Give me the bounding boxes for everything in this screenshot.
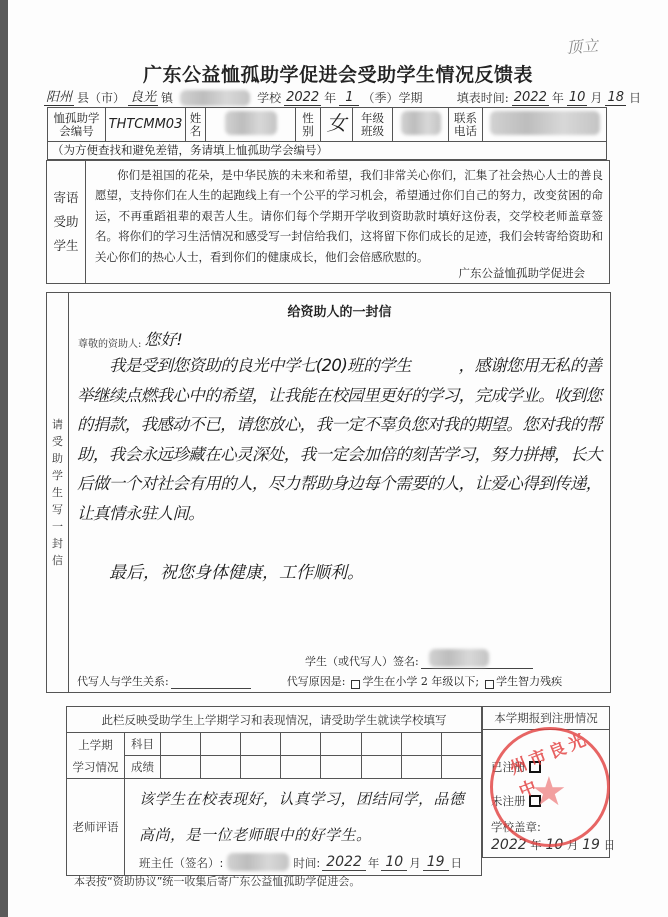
fill-month-label: 月 <box>590 89 602 106</box>
gender-value: 女 <box>327 111 347 135</box>
greeting-label: 尊敬的资助人: <box>78 335 141 350</box>
county-label: 县（市） <box>77 89 125 106</box>
name-value-cell[interactable] <box>206 108 296 142</box>
teacher-name-redacted <box>227 853 289 871</box>
school-evaluation-table: 此栏反映受助学生上学期学习和表现情况，请受助学生就读学校填写 上学期 学习情况 … <box>66 706 482 876</box>
header-line: 阳州 县（市） 良光 镇 学校 2022 年 1 （季）学期 填表时间: 202… <box>44 86 644 106</box>
message-side-label-2: 受助 <box>53 210 78 234</box>
town-label: 镇 <box>161 89 173 106</box>
town-value: 良光 <box>128 86 158 106</box>
letter-side-char: 助 <box>52 450 63 467</box>
name-redacted <box>225 111 277 135</box>
phone-label-line1: 联系 <box>451 112 480 125</box>
subject-cell[interactable] <box>361 733 401 756</box>
unregistered-checkbox[interactable] <box>529 795 541 807</box>
letter-side-char: 生 <box>52 484 63 501</box>
reg-day: 19 <box>582 837 600 853</box>
letter-side-char: 一 <box>52 518 63 535</box>
score-cell[interactable] <box>201 756 241 779</box>
feedback-form-page: 顶立 广东公益恤孤助学促进会受助学生情况反馈表 阳州 县（市） 良光 镇 学校 … <box>8 0 668 917</box>
name-label-line1: 姓 <box>188 112 203 125</box>
registration-title: 本学期报到注册情况 <box>483 707 609 730</box>
letter-side-char: 学 <box>52 467 63 484</box>
proxy-reason-checkbox-2[interactable] <box>485 680 494 689</box>
proxy-reason-option-1: 学生在小学 2 年级以下; <box>362 673 479 689</box>
gender-label-line2: 别 <box>298 125 318 138</box>
message-signature: 广东公益恤孤助学促进会 <box>459 265 586 281</box>
phone-label-line2: 电话 <box>451 125 480 138</box>
registration-status-box: 本学期报到注册情况 已注册 未注册 学校盖章: 2022 年 10 月 19 日 <box>482 706 610 858</box>
proxy-reason-checkbox-1[interactable] <box>351 680 360 689</box>
id-label-line2: 会编号 <box>50 125 103 138</box>
gender-value-cell[interactable]: 女 <box>321 108 353 142</box>
county-value: 阳州 <box>44 86 74 106</box>
message-body: 你们是祖国的花朵，是中华民族的未来和希望，我们非常关心你们，汇集了社会热心人士的… <box>95 165 603 267</box>
study-label-line2: 学习情况 <box>67 756 124 778</box>
registered-label: 已注册 <box>491 759 526 775</box>
grade-value-cell[interactable] <box>393 108 449 142</box>
fill-year: 2022 <box>512 90 549 106</box>
reg-month: 10 <box>545 837 563 853</box>
study-label-line1: 上学期 <box>67 734 124 756</box>
letter-body-text: 我是受到您资助的良光中学七(20)班的学生 ，感谢您用无私的善举继续点燃我心中的… <box>77 356 602 523</box>
letter-greeting: 尊敬的资助人: 您好! <box>78 327 183 350</box>
school-stamp-label: 学校盖章: <box>491 819 541 835</box>
id-value: THTCMM03 <box>109 117 183 132</box>
score-cell[interactable] <box>161 756 201 779</box>
registered-row: 已注册 <box>491 759 541 775</box>
corner-handwritten-mark: 顶立 <box>565 33 599 58</box>
message-side-label: 寄语 受助 学生 <box>47 161 86 283</box>
time-label: 时间: <box>293 855 320 871</box>
letter-title: 给资助人的一封信 <box>69 301 610 320</box>
score-cell[interactable] <box>281 756 321 779</box>
subject-cell[interactable] <box>321 733 361 756</box>
proxy-reason-option-2: 学生智力残疾 <box>496 673 562 689</box>
student-signature-line: 学生（或代写人）签名: <box>305 653 533 669</box>
subject-cell[interactable] <box>441 733 481 756</box>
greeting-handwritten: 您好! <box>144 327 182 350</box>
grade-label-cell: 年级 班级 <box>353 108 393 142</box>
phone-label-cell: 联系 电话 <box>449 108 483 142</box>
letter-side-char: 信 <box>52 552 63 569</box>
subject-cell[interactable] <box>201 733 241 756</box>
teacher-comment-cell[interactable]: 该学生在校表现好，认真学习，团结同学，品德高尚，是一位老师眼中的好学生。 班主任… <box>125 779 482 876</box>
subject-cell[interactable] <box>401 733 441 756</box>
term-label: （季）学期 <box>362 89 422 106</box>
score-label: 成绩 <box>125 756 161 779</box>
school-section-header: 此栏反映受助学生上学期学习和表现情况，请受助学生就读学校填写 <box>67 707 482 733</box>
message-to-students-section: 寄语 受助 学生 你们是祖国的花朵，是中华民族的未来和希望，我们非常关心你们，汇… <box>46 160 610 284</box>
grade-label-line2: 班级 <box>355 125 390 138</box>
school-name-redacted <box>180 90 250 106</box>
score-cell[interactable] <box>401 756 441 779</box>
message-side-label-3: 学生 <box>53 234 78 258</box>
message-text: 你们是祖国的花朵，是中华民族的未来和希望，我们非常关心你们，汇集了社会热心人士的… <box>95 168 603 264</box>
comment-year-label: 年 <box>368 855 380 871</box>
unregistered-row: 未注册 <box>491 793 541 809</box>
letter-side-char: 受 <box>52 433 63 450</box>
student-info-table: 恤孤助学 会编号 THTCMM03 姓 名 性 别 女 年级 班级 <box>47 107 607 160</box>
phone-value-cell[interactable] <box>483 108 607 142</box>
subject-cell[interactable] <box>161 733 201 756</box>
signature-redacted <box>429 649 489 667</box>
scan-edge <box>0 0 8 917</box>
fill-date-label: 填表时间: <box>457 89 509 106</box>
grade-redacted <box>401 111 441 135</box>
study-label-cell: 上学期 学习情况 <box>67 733 125 779</box>
form-title: 广东公益恤孤助学促进会受助学生情况反馈表 <box>8 60 668 87</box>
letter-side-label: 请 受 助 学 生 写 一 封 信 <box>47 293 69 692</box>
comment-month: 10 <box>381 854 407 871</box>
subject-cell[interactable] <box>281 733 321 756</box>
score-cell[interactable] <box>321 756 361 779</box>
score-cell[interactable] <box>361 756 401 779</box>
name-label-line2: 名 <box>188 125 203 138</box>
subject-label: 科目 <box>125 733 161 756</box>
id-label-cell: 恤孤助学 会编号 <box>48 108 106 142</box>
comment-year: 2022 <box>322 854 366 871</box>
unregistered-label: 未注册 <box>491 793 526 809</box>
reg-year-label: 年 <box>530 838 542 852</box>
score-cell[interactable] <box>441 756 481 779</box>
id-value-cell[interactable]: THTCMM03 <box>106 108 186 142</box>
letter-side-char: 写 <box>52 501 63 518</box>
reg-month-label: 月 <box>567 838 579 852</box>
fill-day: 18 <box>605 90 626 106</box>
score-cell[interactable] <box>241 756 281 779</box>
footer-note: 本表按“资助协议”统一收集后寄广东公益恤孤助学促进会。 <box>74 873 360 889</box>
proxy-relation-field[interactable] <box>171 677 251 689</box>
letter-side-char: 封 <box>52 535 63 552</box>
letter-side-char: 请 <box>52 416 63 433</box>
phone-redacted <box>490 111 600 135</box>
comment-label: 老师评语 <box>67 779 125 876</box>
letter-section: 请 受 助 学 生 写 一 封 信 给资助人的一封信 尊敬的资助人: 您好! 我… <box>46 292 611 693</box>
proxy-relation-label: 代写人与学生关系: <box>77 673 169 689</box>
fill-day-label: 日 <box>629 89 641 106</box>
subject-cell[interactable] <box>241 733 281 756</box>
letter-closing: 最后，祝您身体健康，工作顺利。 <box>109 558 364 583</box>
fill-year-label: 年 <box>552 89 564 106</box>
grade-label-line1: 年级 <box>355 112 390 125</box>
fill-month: 10 <box>567 90 588 106</box>
teacher-signature-line: 班主任（签名）: 时间: 2022 年 10 月 19 日 <box>125 853 481 875</box>
student-signature-label: 学生（或代写人）签名: <box>305 653 419 669</box>
comment-month-label: 月 <box>409 855 421 871</box>
proxy-writer-line: 代写人与学生关系: 代写原因是: 学生在小学 2 年级以下; 学生智力残疾 <box>77 673 609 689</box>
term-value: 1 <box>339 90 359 106</box>
year-value: 2022 <box>284 90 321 106</box>
comment-day: 19 <box>423 854 449 871</box>
id-label-line1: 恤孤助学 <box>50 112 103 125</box>
gender-label-line1: 性 <box>298 112 318 125</box>
school-label: 学校 <box>257 89 281 106</box>
registration-date: 2022 年 10 月 19 日 <box>491 837 615 853</box>
registered-checkbox[interactable] <box>529 761 541 773</box>
message-side-label-1: 寄语 <box>53 186 78 210</box>
reg-year: 2022 <box>491 837 527 853</box>
id-note: （为方便查找和避免差错，务请填上恤孤助学会编号） <box>48 142 607 160</box>
letter-body[interactable]: 我是受到您资助的良光中学七(20)班的学生 ，感谢您用无私的善举继续点燃我心中的… <box>77 351 607 528</box>
teacher-sign-label: 班主任（签名）: <box>139 855 223 871</box>
year-label: 年 <box>324 89 336 106</box>
name-label-cell: 姓 名 <box>186 108 206 142</box>
comment-day-label: 日 <box>451 855 463 871</box>
teacher-comment: 该学生在校表现好，认真学习，团结同学，品德高尚，是一位老师眼中的好学生。 <box>125 779 481 853</box>
reg-day-label: 日 <box>604 838 616 852</box>
student-signature-field[interactable] <box>421 655 533 669</box>
proxy-reason-label: 代写原因是: <box>287 673 346 689</box>
gender-label-cell: 性 别 <box>296 108 321 142</box>
